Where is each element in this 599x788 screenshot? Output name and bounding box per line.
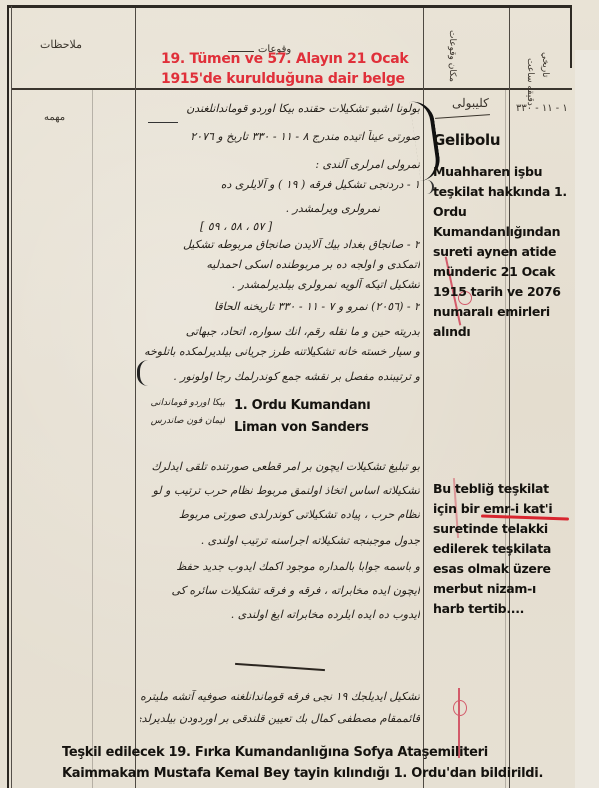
handwritten-line: [ ٥٧ ، ٥٨ ، ٥٩ ] [200, 220, 330, 233]
annotation-line: Liman von Sanders [234, 417, 370, 439]
handwritten-line: قائممقام مصطفى كمال بك تعيين قلندقى بر ا… [140, 712, 420, 725]
caption-line: Teşkil edilecek 19. Fırka Kumandanlığına… [62, 742, 599, 763]
summary-annotation: Muahharen işbu teşkilat hakkında 1. Ordu… [433, 162, 599, 342]
red-pencil-circle [453, 700, 467, 716]
title-line: 1915'de kurulduğuna dair belge [161, 69, 431, 89]
annotation-line: sureti aynen atide [433, 242, 599, 262]
commander-annotation: 1. Ordu Kumandanı Liman von Sanders [234, 395, 370, 439]
place-annotation: Gelibolu [433, 130, 500, 150]
annotation-line: esas olmak üzere [433, 559, 599, 579]
handwritten-line: بو تبليغ تشكيلات ايچون بر امر قطعى صورتن… [140, 460, 420, 473]
margin-note: مهمه [44, 112, 65, 123]
row-place-underline [435, 114, 490, 119]
annotation-line: teşkilat hakkında 1. [433, 182, 599, 202]
annotation-line: Bu tebliğ teşkilat [433, 479, 599, 499]
handwritten-line: نمرولى امرلرى آلندى : [140, 158, 420, 171]
handwritten-signature: بيكا اوردو قوماندانى [145, 398, 225, 408]
header-notes: ملاحظات [40, 38, 82, 51]
annotation-line: Kumandanlığından [433, 222, 599, 242]
handwritten-line: نظام حرب ، پياده تشكيلاتى كوندرلدى صورتى… [140, 508, 420, 521]
handwritten-line: و سيار خسته خانه تشكيلاتنه طرز جريانى بي… [140, 345, 420, 358]
page-edge [575, 50, 599, 788]
caption-line: Kaimmakam Mustafa Kemal Bey tayin kılınd… [62, 763, 599, 784]
annotation-line: Muahharen işbu [433, 162, 599, 182]
handwritten-line: ٢ - صانجاق بغداد بيك آلايدن صانجاق مربوط… [140, 238, 420, 251]
annotation-line: alındı [433, 322, 599, 342]
annotation-line: 1915 tarih ve 2076 [433, 282, 599, 302]
annotation-line: numaralı emirleri [433, 302, 599, 322]
ledger-left-border [7, 6, 9, 788]
column-divider-place [509, 8, 510, 788]
row-place-cell: كليبولى [452, 96, 489, 110]
handwritten-line: صورتى عيناً اتيده مندرج ٨ - ١١ - ٣٣٠ تار… [140, 130, 420, 143]
title-line: 19. Tümen ve 57. Alayın 21 Ocak [161, 49, 431, 69]
annotation-line: münderic 21 Ocak [433, 262, 599, 282]
handwritten-line: و باسمه جوابا بالمداره موجود اكمك ايدوب … [140, 560, 420, 573]
handwritten-line: تشكيل ايديلجك ١٩ نجى فرقه قوماندانلغنه ص… [140, 690, 420, 703]
handwritten-line: و ترتيبنده مفصل بر نقشه جمع كوندرلمك رجا… [140, 370, 420, 383]
document-page: ملاحظات وقوعات مكان وقوعات دقيقه ساعت تا… [0, 0, 599, 788]
handwritten-line: ٢ - (٢٠٥٦) نمرو و ٧ - ١١ - ٣٣٠ تاريخنه ا… [140, 300, 420, 313]
header-time: دقيقه ساعت [525, 58, 535, 106]
teblig-annotation: Bu tebliğ teşkilat için bir emr-i kat'i … [433, 479, 599, 619]
handwritten-underline [148, 122, 178, 123]
handwritten-line: جدول موجبنجه تشكيلاته اجراسنه ترتيب اولن… [140, 534, 420, 547]
handwritten-line: ايدوب ده ايده ايلرده مخابراته ايغ اولندى… [140, 608, 420, 621]
handwritten-line: اتمكدى و اولجه ده بر مربوطنده اسكى احمدل… [140, 258, 420, 271]
handwritten-line: نمرولرى ويرلمشدر . [180, 202, 380, 215]
handwritten-line: بدريته حين و ما نقله رقم، انك سواره، اتح… [140, 325, 420, 338]
section-separator-stroke [235, 663, 325, 671]
bottom-caption: Teşkil edilecek 19. Fırka Kumandanlığına… [62, 742, 599, 784]
handwritten-line: تشكيل اتيكه آلويه نمرولرى بيلديرلمشدر . [140, 278, 420, 291]
header-place: مكان وقوعات [447, 30, 457, 82]
handwritten-signature: ليمان فون صاندرس [145, 416, 225, 426]
handwritten-line: تشكيلاته اساس اتخاذ اولنمق مربوط نظام حر… [140, 484, 420, 497]
handwritten-line: ايچون ايده مخابراته ، فرقه و فرقه تشكيلا… [140, 584, 420, 597]
annotation-line: harb tertib.... [433, 599, 599, 619]
annotation-line: 1. Ordu Kumandanı [234, 395, 370, 417]
annotation-line: edilerek teşkilata [433, 539, 599, 559]
faint-margin-line [92, 90, 93, 788]
paren-mark [137, 360, 148, 386]
header-date: تاريخي [540, 52, 550, 77]
ledger-top-border [7, 5, 572, 8]
annotation-line: suretinde telakki [433, 519, 599, 539]
annotation-line: merbut nizam-ı [433, 579, 599, 599]
annotation-line: Ordu [433, 202, 599, 222]
ledger-left-border-inner [11, 6, 12, 788]
column-divider-date [570, 8, 572, 68]
document-title: 19. Tümen ve 57. Alayın 21 Ocak 1915'de … [161, 49, 431, 89]
row-date-cell: ١ - ١١ - ٣٣٠ [516, 103, 568, 114]
handwritten-line: بولونا اشبو تشكيلات حقنده بيكا اوردو قوم… [140, 102, 420, 115]
handwritten-line: ١ - دردنجى تشكيل فرقه ( ١٩ ) و آلايلرى د… [140, 178, 420, 191]
column-divider-notes [135, 8, 136, 788]
